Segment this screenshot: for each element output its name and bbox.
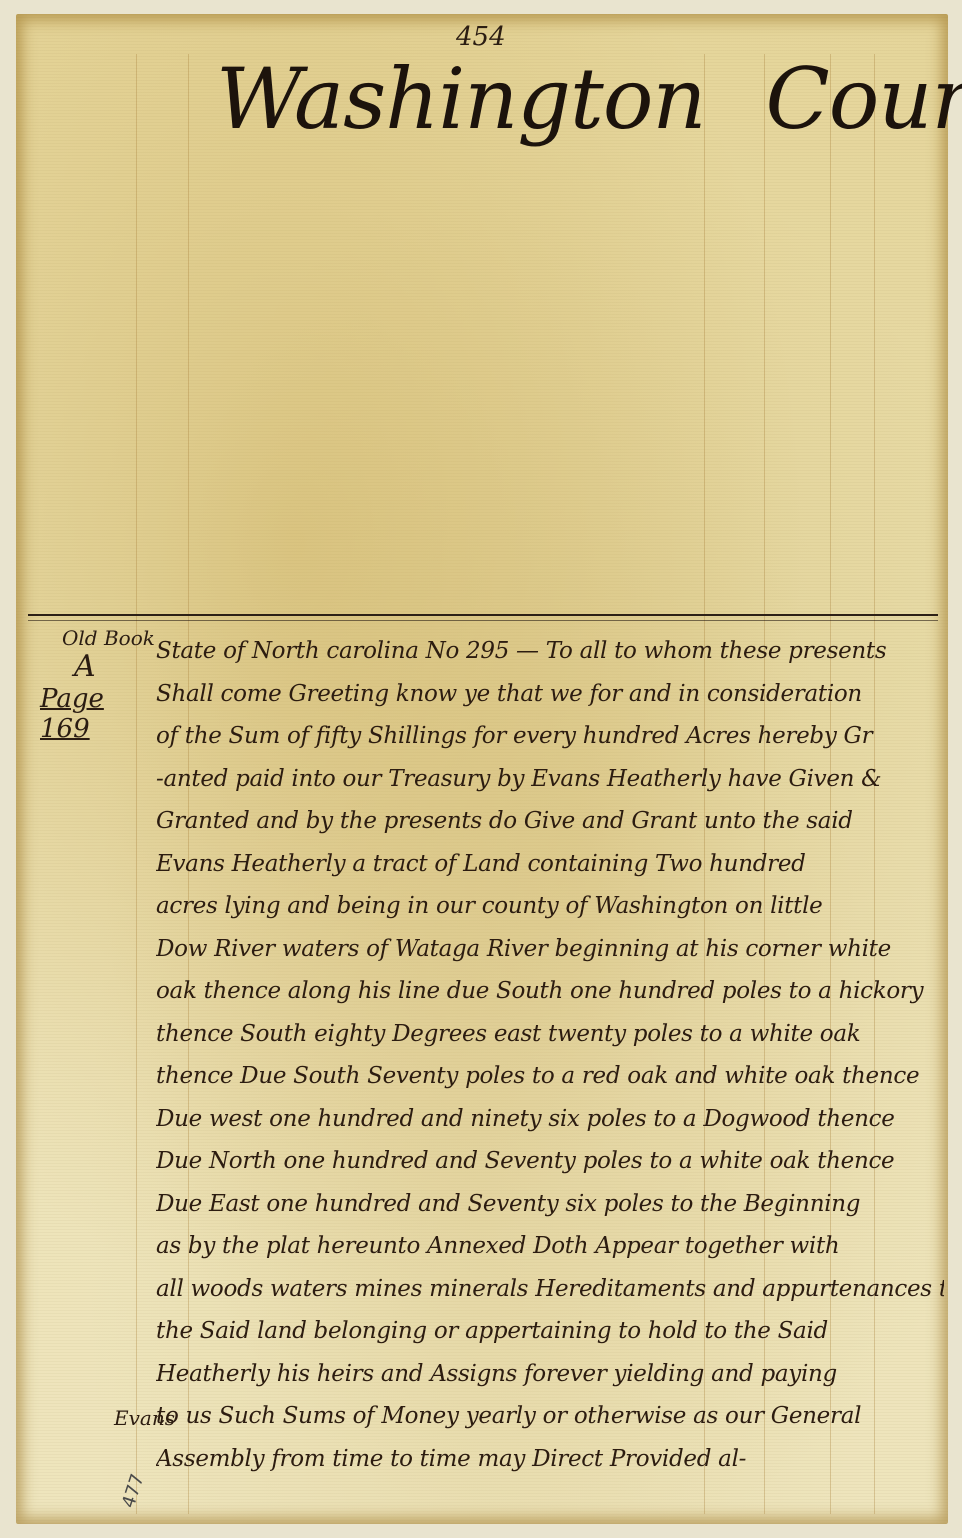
grant-body-text: State of North carolina No 295 — To all … bbox=[156, 630, 944, 1480]
margin-rule bbox=[136, 54, 137, 1514]
title-word-county: County bbox=[766, 50, 962, 148]
page-title: WashingtonCounty bbox=[216, 50, 856, 148]
text-line: to us Such Sums of Money yearly or other… bbox=[156, 1395, 944, 1438]
title-word-washington: Washington bbox=[216, 50, 706, 148]
text-line: Heatherly his heirs and Assigns forever … bbox=[156, 1353, 944, 1396]
text-line: State of North carolina No 295 — To all … bbox=[156, 630, 944, 673]
margin-note-page: Page 169 bbox=[40, 684, 160, 744]
margin-reference-note: Old Book A Page 169 bbox=[40, 626, 160, 744]
margin-name-evans: Evans bbox=[114, 1406, 175, 1430]
margin-note-book: Old Book bbox=[62, 626, 160, 650]
text-line: thence South eighty Degrees east twenty … bbox=[156, 1013, 944, 1056]
text-line: of the Sum of fifty Shillings for every … bbox=[156, 715, 944, 758]
text-line: Due North one hundred and Seventy poles … bbox=[156, 1140, 944, 1183]
page-number: 454 bbox=[456, 22, 506, 52]
text-line: Due East one hundred and Seventy six pol… bbox=[156, 1183, 944, 1226]
text-line: oak thence along his line due South one … bbox=[156, 970, 944, 1013]
archive-number: 477 bbox=[118, 1471, 149, 1510]
header-divider-secondary bbox=[28, 620, 938, 621]
text-line: all woods waters mines minerals Heredita… bbox=[156, 1268, 944, 1311]
manuscript-page: 454 WashingtonCounty Old Book A Page 169… bbox=[16, 14, 948, 1524]
text-line: Evans Heatherly a tract of Land containi… bbox=[156, 843, 944, 886]
text-line: Due west one hundred and ninety six pole… bbox=[156, 1098, 944, 1141]
header-divider bbox=[28, 614, 938, 616]
text-line: Granted and by the presents do Give and … bbox=[156, 800, 944, 843]
text-line: -anted paid into our Treasury by Evans H… bbox=[156, 758, 944, 801]
text-line: Shall come Greeting know ye that we for … bbox=[156, 673, 944, 716]
text-line: as by the plat hereunto Annexed Doth App… bbox=[156, 1225, 944, 1268]
margin-note-volume: A bbox=[74, 650, 160, 684]
text-line: Assembly from time to time may Direct Pr… bbox=[156, 1438, 944, 1481]
text-line: Dow River waters of Wataga River beginni… bbox=[156, 928, 944, 971]
text-line: the Said land belonging or appertaining … bbox=[156, 1310, 944, 1353]
text-line: thence Due South Seventy poles to a red … bbox=[156, 1055, 944, 1098]
text-line: acres lying and being in our county of W… bbox=[156, 885, 944, 928]
